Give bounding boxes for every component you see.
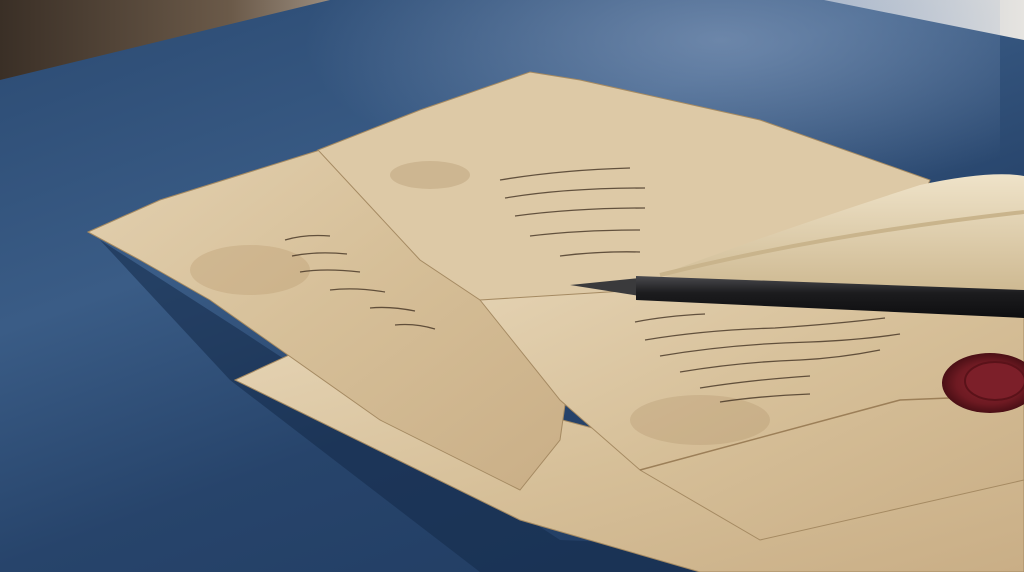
photo-scene: [0, 0, 1024, 572]
still-life: [0, 0, 1024, 572]
